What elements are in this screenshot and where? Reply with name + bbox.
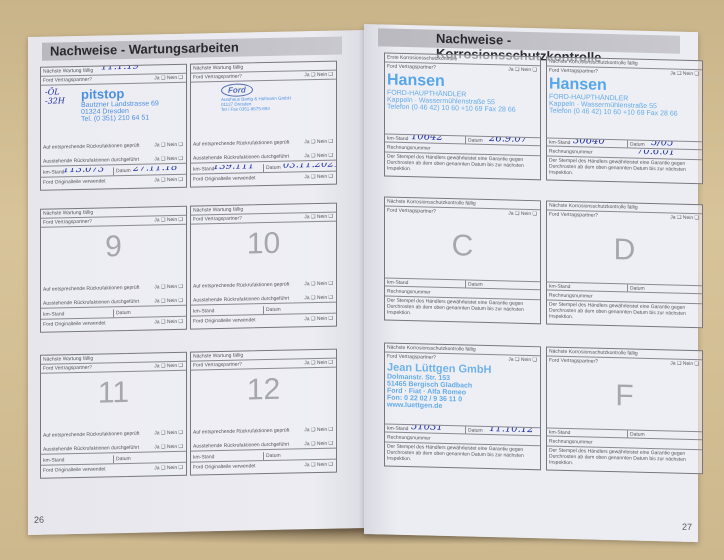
- stamp-line: Tel / Fax 0351-8675-893: [221, 106, 291, 112]
- yes-no-checkbox[interactable]: Ja ❑ Nein ❑: [154, 216, 183, 226]
- km-label: km-Stand: [387, 426, 408, 433]
- card-number: 12: [191, 372, 336, 409]
- yes-no-checkbox[interactable]: Ja ❑ Nein ❑: [304, 152, 333, 162]
- yes-no-checkbox[interactable]: Ja ❑ Nein ❑: [154, 464, 183, 474]
- partner-row: Ford Vertragspartner?Ja ❑ Nein ❑: [41, 74, 186, 86]
- km-label: km-Stand: [549, 140, 570, 147]
- original-parts-row: Ford Originalteile verwendetJa ❑ Nein ❑: [191, 315, 336, 327]
- partner-row: Ford Vertragspartner?Ja ❑ Nein ❑: [41, 362, 186, 374]
- guarantee-notice: Der Stempel des Händlers gewährleistet e…: [387, 444, 538, 466]
- partner-row: Ford Vertragspartner?Ja ❑ Nein ❑: [191, 213, 336, 225]
- yes-no-checkbox[interactable]: Ja ❑ Nein ❑: [154, 155, 183, 165]
- yes-no-checkbox[interactable]: Ja ❑ Nein ❑: [154, 297, 183, 307]
- recall-checked-row: Auf entsprechende Rückrufaktionen geprüf…: [41, 141, 186, 153]
- dealer-stamp: Jean Lüttgen GmbHDolmanstr. Str. 1535146…: [387, 362, 492, 412]
- recall-done-row: Ausstehende Rückrufaktionen durchgeführt…: [41, 155, 186, 167]
- card-number: 9: [41, 229, 186, 266]
- service-card: Nächste Wartung fälligFord Vertragspartn…: [40, 352, 187, 479]
- stamp-line: Tel. (0 351) 210 64 51: [81, 114, 159, 123]
- km-value: 51031: [411, 424, 443, 432]
- date-label: Datum: [263, 164, 281, 173]
- handwritten-note: -ÖL -32H: [45, 87, 65, 105]
- corrosion-card: Nächste Korrosionsschutzkontrolle fällig…: [384, 342, 541, 470]
- original-parts-row: Ford Originalteile verwendetJa ❑ Nein ❑: [41, 464, 186, 476]
- card-number: 10: [191, 226, 336, 263]
- km-value: 139.111: [213, 163, 254, 172]
- km-label: km-Stand: [549, 284, 570, 291]
- yes-no-checkbox[interactable]: Ja ❑ Nein ❑: [304, 426, 333, 436]
- yes-no-checkbox[interactable]: Ja ❑ Nein ❑: [154, 74, 183, 84]
- date-label: Datum: [627, 140, 645, 149]
- yes-no-checkbox[interactable]: Ja ❑ Nein ❑: [670, 359, 699, 369]
- yes-no-checkbox[interactable]: Ja ❑ Nein ❑: [508, 356, 537, 366]
- yes-no-checkbox[interactable]: Ja ❑ Nein ❑: [154, 362, 183, 372]
- date-value: 5/05: [651, 138, 673, 148]
- yes-no-checkbox[interactable]: Ja ❑ Nein ❑: [154, 443, 183, 453]
- guarantee-notice: Der Stempel des Händlers gewährleistet e…: [549, 448, 700, 470]
- service-card: Nächste Wartung fälligFord Vertragspartn…: [190, 203, 337, 330]
- recall-checked-row: Auf entsprechende Rückrufaktionen geprüf…: [41, 283, 186, 295]
- partner-row: Ford Vertragspartner?Ja ❑ Nein ❑: [191, 71, 336, 83]
- km-label: km-Stand: [387, 280, 408, 287]
- km-value: 113.073: [63, 166, 104, 175]
- dealer-stamp: FordAutohaus Bartig & Hofmann GmbH01127 …: [221, 83, 291, 112]
- yes-no-checkbox[interactable]: Ja ❑ Nein ❑: [154, 141, 183, 151]
- service-card: Nächste Wartung fälligFord Vertragspartn…: [190, 61, 337, 188]
- service-card: Nächste Wartung fälligFord Vertragspartn…: [40, 206, 187, 333]
- yes-no-checkbox[interactable]: Ja ❑ Nein ❑: [304, 315, 333, 325]
- yes-no-checkbox[interactable]: Ja ❑ Nein ❑: [304, 359, 333, 369]
- service-card: Nächste Wartung fällig11.1.19Ford Vertra…: [40, 64, 187, 191]
- km-value: 10642: [411, 134, 443, 142]
- yes-no-checkbox[interactable]: Ja ❑ Nein ❑: [508, 210, 537, 220]
- original-parts-row: Ford Originalteile verwendetJa ❑ Nein ❑: [191, 173, 336, 185]
- date-label: Datum: [627, 430, 645, 439]
- yes-no-checkbox[interactable]: Ja ❑ Nein ❑: [304, 294, 333, 304]
- yes-no-checkbox[interactable]: Ja ❑ Nein ❑: [304, 173, 333, 183]
- date-value: 26.9.07: [489, 134, 527, 144]
- recall-checked-row: Auf entsprechende Rückrufaktionen geprüf…: [191, 280, 336, 292]
- card-letter: C: [385, 228, 540, 266]
- guarantee-notice: Der Stempel des Händlers gewährleistet e…: [387, 298, 538, 320]
- yes-no-checkbox[interactable]: Ja ❑ Nein ❑: [154, 283, 183, 293]
- km-label: km-Stand: [549, 430, 570, 437]
- date-value: 27.11.18: [133, 166, 178, 173]
- date-label: Datum: [263, 452, 281, 461]
- recall-checked-row: Auf entsprechende Rückrufaktionen geprüf…: [191, 426, 336, 438]
- due-value: 11.1.19: [101, 65, 139, 72]
- card-letter: F: [547, 377, 702, 415]
- card-number: 11: [41, 375, 186, 412]
- yes-no-checkbox[interactable]: Ja ❑ Nein ❑: [304, 138, 333, 148]
- date-label: Datum: [465, 280, 483, 289]
- page-number: 27: [682, 522, 692, 532]
- corrosion-card: Nächste Korrosionsschutzkontrolle fällig…: [546, 56, 703, 184]
- original-parts-row: Ford Originalteile verwendetJa ❑ Nein ❑: [41, 318, 186, 330]
- card-letter: D: [547, 231, 702, 269]
- corrosion-card: Nächste Korrosionsschutzkontrolle fällig…: [546, 346, 703, 474]
- original-parts-row: Ford Originalteile verwendetJa ❑ Nein ❑: [41, 176, 186, 188]
- guarantee-notice: Der Stempel des Händlers gewährleistet e…: [549, 158, 700, 180]
- km-label: km-Stand: [193, 454, 214, 460]
- recall-done-row: Ausstehende Rückrufaktionen durchgeführt…: [191, 440, 336, 452]
- yes-no-checkbox[interactable]: Ja ❑ Nein ❑: [154, 176, 183, 186]
- km-label: km-Stand: [193, 308, 214, 314]
- right-header-bar: Nachweise - Korrosionsschutzkontrolle: [378, 28, 680, 53]
- right-page: Nachweise - Korrosionsschutzkontrolle Er…: [364, 24, 698, 542]
- date-label: Datum: [465, 136, 483, 145]
- date-label: Datum: [113, 309, 131, 318]
- recall-checked-row: Auf entsprechende Rückrufaktionen geprüf…: [41, 429, 186, 441]
- yes-no-checkbox[interactable]: Ja ❑ Nein ❑: [154, 429, 183, 439]
- date-label: Datum: [113, 167, 131, 176]
- yes-no-checkbox[interactable]: Ja ❑ Nein ❑: [304, 440, 333, 450]
- yes-no-checkbox[interactable]: Ja ❑ Nein ❑: [304, 213, 333, 223]
- recall-checked-row: Auf entsprechende Rückrufaktionen geprüf…: [191, 138, 336, 150]
- date-value: 03.11.2021: [283, 163, 336, 170]
- page-title: Nachweise - Wartungsarbeiten: [50, 40, 239, 59]
- yes-no-checkbox[interactable]: Ja ❑ Nein ❑: [670, 213, 699, 223]
- partner-row: Ford Vertragspartner?Ja ❑ Nein ❑: [41, 216, 186, 228]
- left-header-bar: Nachweise - Wartungsarbeiten: [42, 36, 342, 60]
- km-label: km-Stand: [193, 166, 214, 172]
- date-label: Datum: [465, 426, 483, 435]
- stamp-brand: Ford: [221, 83, 253, 97]
- date-label: Datum: [627, 284, 645, 293]
- corrosion-card: Erste KorrosionsschutzkontrolleFord Vert…: [384, 52, 541, 180]
- yes-no-checkbox[interactable]: Ja ❑ Nein ❑: [304, 280, 333, 290]
- recall-done-row: Ausstehende Rückrufaktionen durchgeführt…: [191, 152, 336, 164]
- original-parts-row: Ford Originalteile verwendetJa ❑ Nein ❑: [191, 461, 336, 473]
- dealer-stamp: pitstopBautzner Landstrasse 6901324 Dres…: [81, 85, 159, 123]
- guarantee-notice: Der Stempel des Händlers gewährleistet e…: [387, 154, 538, 176]
- yes-no-checkbox[interactable]: Ja ❑ Nein ❑: [304, 461, 333, 471]
- left-page: Nachweise - Wartungsarbeiten Nächste War…: [28, 30, 364, 535]
- date-value: 11.10.12: [489, 424, 534, 434]
- yes-no-checkbox[interactable]: Ja ❑ Nein ❑: [304, 71, 333, 81]
- km-label: km-Stand: [43, 457, 64, 463]
- km-label: km-Stand: [43, 169, 64, 175]
- yes-no-checkbox[interactable]: Ja ❑ Nein ❑: [154, 318, 183, 328]
- km-label: km-Stand: [43, 311, 64, 317]
- dealer-stamp: HansenFORD-HAUPTHÄNDLERKappeln · Wasserm…: [387, 72, 516, 114]
- stamp-brand: pitstop: [81, 85, 159, 102]
- page-number: 26: [34, 515, 44, 525]
- km-value: 30640: [573, 137, 605, 145]
- recall-done-row: Ausstehende Rückrufaktionen durchgeführt…: [191, 294, 336, 306]
- date-label: Datum: [263, 306, 281, 315]
- service-card: Nächste Wartung fälligFord Vertragspartn…: [190, 349, 337, 476]
- km-label: km-Stand: [387, 136, 408, 143]
- corrosion-card: Nächste Korrosionsschutzkontrolle fällig…: [384, 196, 541, 324]
- stamp-line: www.luettgen.de: [387, 402, 492, 412]
- dealer-stamp: HansenFORD-HAUPTHÄNDLERKappeln · Wasserm…: [549, 76, 678, 118]
- recall-done-row: Ausstehende Rückrufaktionen durchgeführt…: [41, 443, 186, 455]
- corrosion-card: Nächste Korrosionsschutzkontrolle fällig…: [546, 200, 703, 328]
- guarantee-notice: Der Stempel des Händlers gewährleistet e…: [549, 302, 700, 324]
- recall-done-row: Ausstehende Rückrufaktionen durchgeführt…: [41, 297, 186, 309]
- partner-row: Ford Vertragspartner?Ja ❑ Nein ❑: [191, 359, 336, 371]
- date-label: Datum: [113, 455, 131, 464]
